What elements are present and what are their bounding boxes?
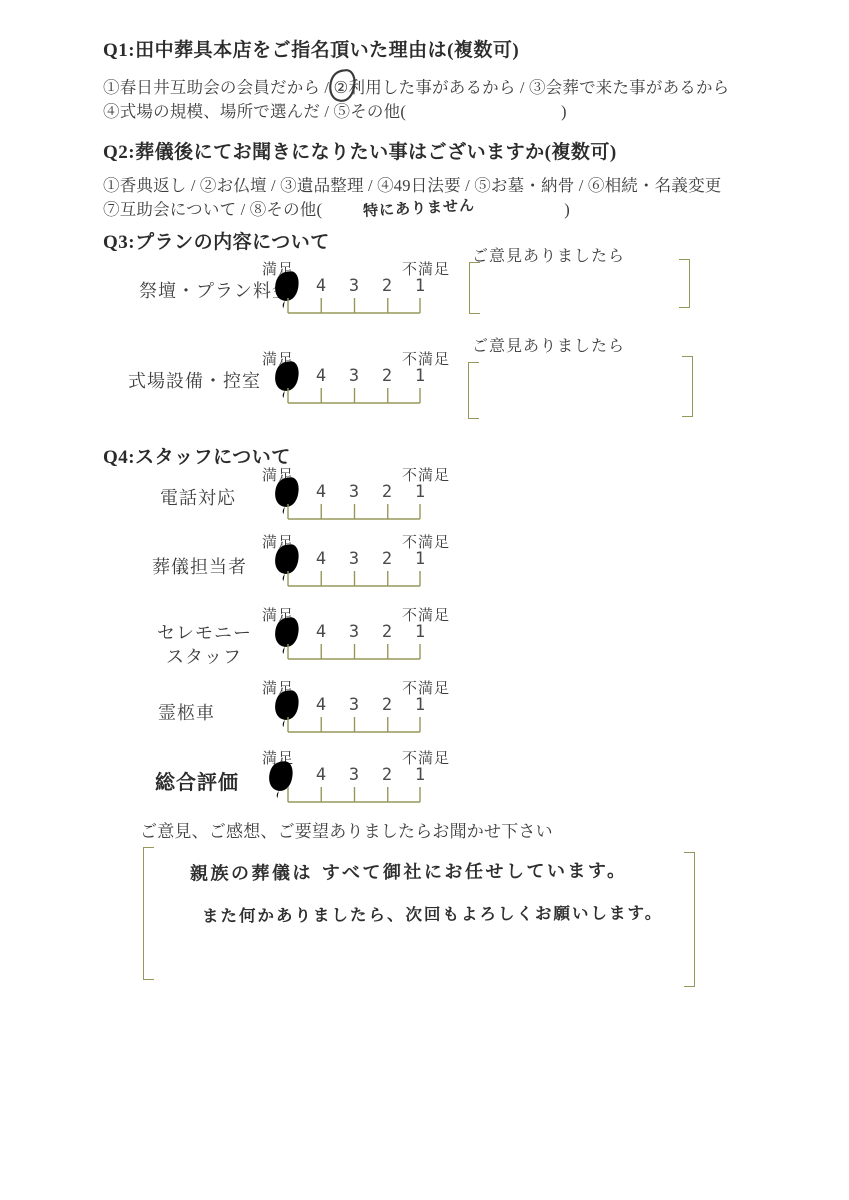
scale-value-1: 1 [410, 622, 430, 642]
comment-bracket-left [469, 262, 480, 314]
scale-value-3: 3 [344, 549, 364, 569]
q4-row2-label: 葬儀担当者 [152, 553, 247, 579]
scale-ruler [287, 571, 421, 587]
scale-value-2: 2 [377, 482, 397, 502]
scale-value-3: 3 [344, 276, 364, 296]
scale-value-1: 1 [410, 482, 430, 502]
q4-row1-label: 電話対応 [160, 484, 236, 510]
comments-bracket-right [684, 852, 695, 987]
q1-options-line2: ④式場の規模、場所で選んだ / ⑤その他() [103, 98, 567, 122]
scale-value-1: 1 [410, 366, 430, 386]
scale-value-1: 1 [410, 276, 430, 296]
scale-ruler [287, 504, 421, 520]
scale-value-4: 4 [311, 549, 331, 569]
q2-line2-pre: ⑦互助会について / ⑧その他( [103, 200, 322, 219]
q3-heading: Q3:プランの内容について [103, 227, 330, 254]
q1-heading: Q1:田中葬具本店をご指名頂いた理由は(複数可) [103, 35, 519, 62]
scale-value-3: 3 [344, 765, 364, 785]
q4-row2-rating-scale: 満足 不満足 5 4 3 2 1 [262, 531, 452, 589]
scale-value-5: 5 [278, 765, 298, 785]
q3-row2-comment-label: ご意見ありましたら [472, 333, 625, 356]
scale-value-4: 4 [311, 482, 331, 502]
scale-value-5: 5 [278, 276, 298, 296]
scale-value-4: 4 [311, 366, 331, 386]
comment-bracket-left [468, 362, 479, 419]
scale-value-2: 2 [377, 695, 397, 715]
survey-sheet: Q1:田中葬具本店をご指名頂いた理由は(複数可) ①春日井互助会の会員だから /… [0, 0, 849, 1200]
scale-value-2: 2 [377, 366, 397, 386]
comment-bracket-right [679, 259, 690, 308]
q1-line1-post: 利用した事があるから / ③会葬で来た事があるから [349, 78, 730, 97]
scale-value-5: 5 [278, 622, 298, 642]
q4-row3-label-line1: セレモニー [157, 619, 252, 645]
scale-ruler [287, 717, 421, 733]
q2-line2-close: ) [564, 200, 570, 219]
q3-row2-rating-scale: 満足 不満足 5 4 3 2 1 [262, 348, 452, 406]
scale-value-1: 1 [410, 765, 430, 785]
q1-line2-pre: ④式場の規模、場所で選んだ / ⑤その他( [103, 102, 406, 121]
q4-row3-rating-scale: 満足 不満足 5 4 3 2 1 [262, 604, 452, 662]
scale-value-2: 2 [377, 765, 397, 785]
scale-value-1: 1 [410, 695, 430, 715]
q1-circled-option: ② [334, 78, 349, 98]
scale-value-2: 2 [377, 276, 397, 296]
scale-ruler [287, 787, 421, 803]
scale-ruler [287, 644, 421, 660]
comments-handwritten-line2: また何かありましたら、次回もよろしくお願いします。 [202, 899, 663, 926]
q2-options-line2: ⑦互助会について / ⑧その他() [103, 196, 570, 220]
q4-row4-rating-scale: 満足 不満足 5 4 3 2 1 [262, 677, 452, 735]
q3-row2-label: 式場設備・控室 [128, 367, 261, 393]
comments-handwritten-line1: 親族の葬儀は すべて御社にお任せしています。 [190, 856, 628, 885]
scale-ruler [287, 298, 421, 314]
scale-value-4: 4 [311, 276, 331, 296]
q4-row5-label: 総合評価 [155, 766, 239, 795]
scale-value-4: 4 [311, 765, 331, 785]
scale-value-3: 3 [344, 695, 364, 715]
scale-ruler [287, 388, 421, 404]
scale-value-5: 5 [278, 549, 298, 569]
scale-value-1: 1 [410, 549, 430, 569]
scale-value-3: 3 [344, 622, 364, 642]
scale-value-5: 5 [278, 482, 298, 502]
scale-value-4: 4 [311, 695, 331, 715]
scale-value-4: 4 [311, 622, 331, 642]
q1-selected-option: ② [334, 78, 349, 97]
scale-value-5: 5 [278, 366, 298, 386]
q4-row1-rating-scale: 満足 不満足 5 4 3 2 1 [262, 464, 452, 522]
q2-options-line1: ①香典返し / ②お仏壇 / ③遺品整理 / ④49日法要 / ⑤お墓・納骨 /… [103, 172, 721, 196]
comment-bracket-right [682, 356, 693, 417]
q4-row4-label: 霊柩車 [158, 699, 215, 725]
scale-value-3: 3 [344, 366, 364, 386]
scale-value-2: 2 [377, 549, 397, 569]
q3-row1-rating-scale: 満足 不満足 5 4 3 2 1 [262, 258, 452, 316]
scale-value-3: 3 [344, 482, 364, 502]
q1-line1-pre: ①春日井互助会の会員だから / [103, 78, 334, 97]
q1-line2-close: ) [561, 102, 567, 121]
scale-value-2: 2 [377, 622, 397, 642]
q4-row3-label-line2: スタッフ [166, 643, 242, 669]
comments-prompt: ご意見、ご感想、ご要望ありましたらお聞かせ下さい [140, 817, 553, 842]
q4-row5-rating-scale: 満足 不満足 5 4 3 2 1 [262, 747, 452, 805]
q1-options-line1: ①春日井互助会の会員だから / ②利用した事があるから / ③会葬で来た事がある… [103, 74, 729, 98]
scale-value-5: 5 [278, 695, 298, 715]
q2-heading: Q2:葬儀後にてお聞きになりたい事はございますか(複数可) [103, 137, 617, 164]
q3-row1-comment-label: ご意見ありましたら [472, 243, 625, 266]
comments-bracket-left [143, 847, 154, 980]
